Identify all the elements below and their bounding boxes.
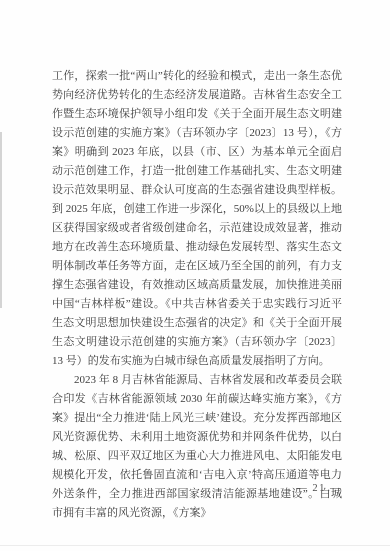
body-paragraph-1: 工作，探索一批“两山”转化的经验和模式，走出一条生态优势向经济优势转化的生态经济…: [52, 67, 342, 371]
document-page: 工作，探索一批“两山”转化的经验和模式，走出一条生态优势向经济优势转化的生态经济…: [0, 0, 390, 551]
body-paragraph-2: 2023 年 8 月吉林省能源局、吉林省发展和改革委员会联合印发《吉林省能源领域…: [52, 371, 342, 523]
page-number: — 21 —: [296, 483, 342, 494]
document-body: 工作，探索一批“两山”转化的经验和模式，走出一条生态优势向经济优势转化的生态经济…: [52, 67, 342, 523]
scan-edge-artifact-left: [0, 132, 2, 308]
scan-edge-artifact-bottom: [0, 545, 390, 546]
